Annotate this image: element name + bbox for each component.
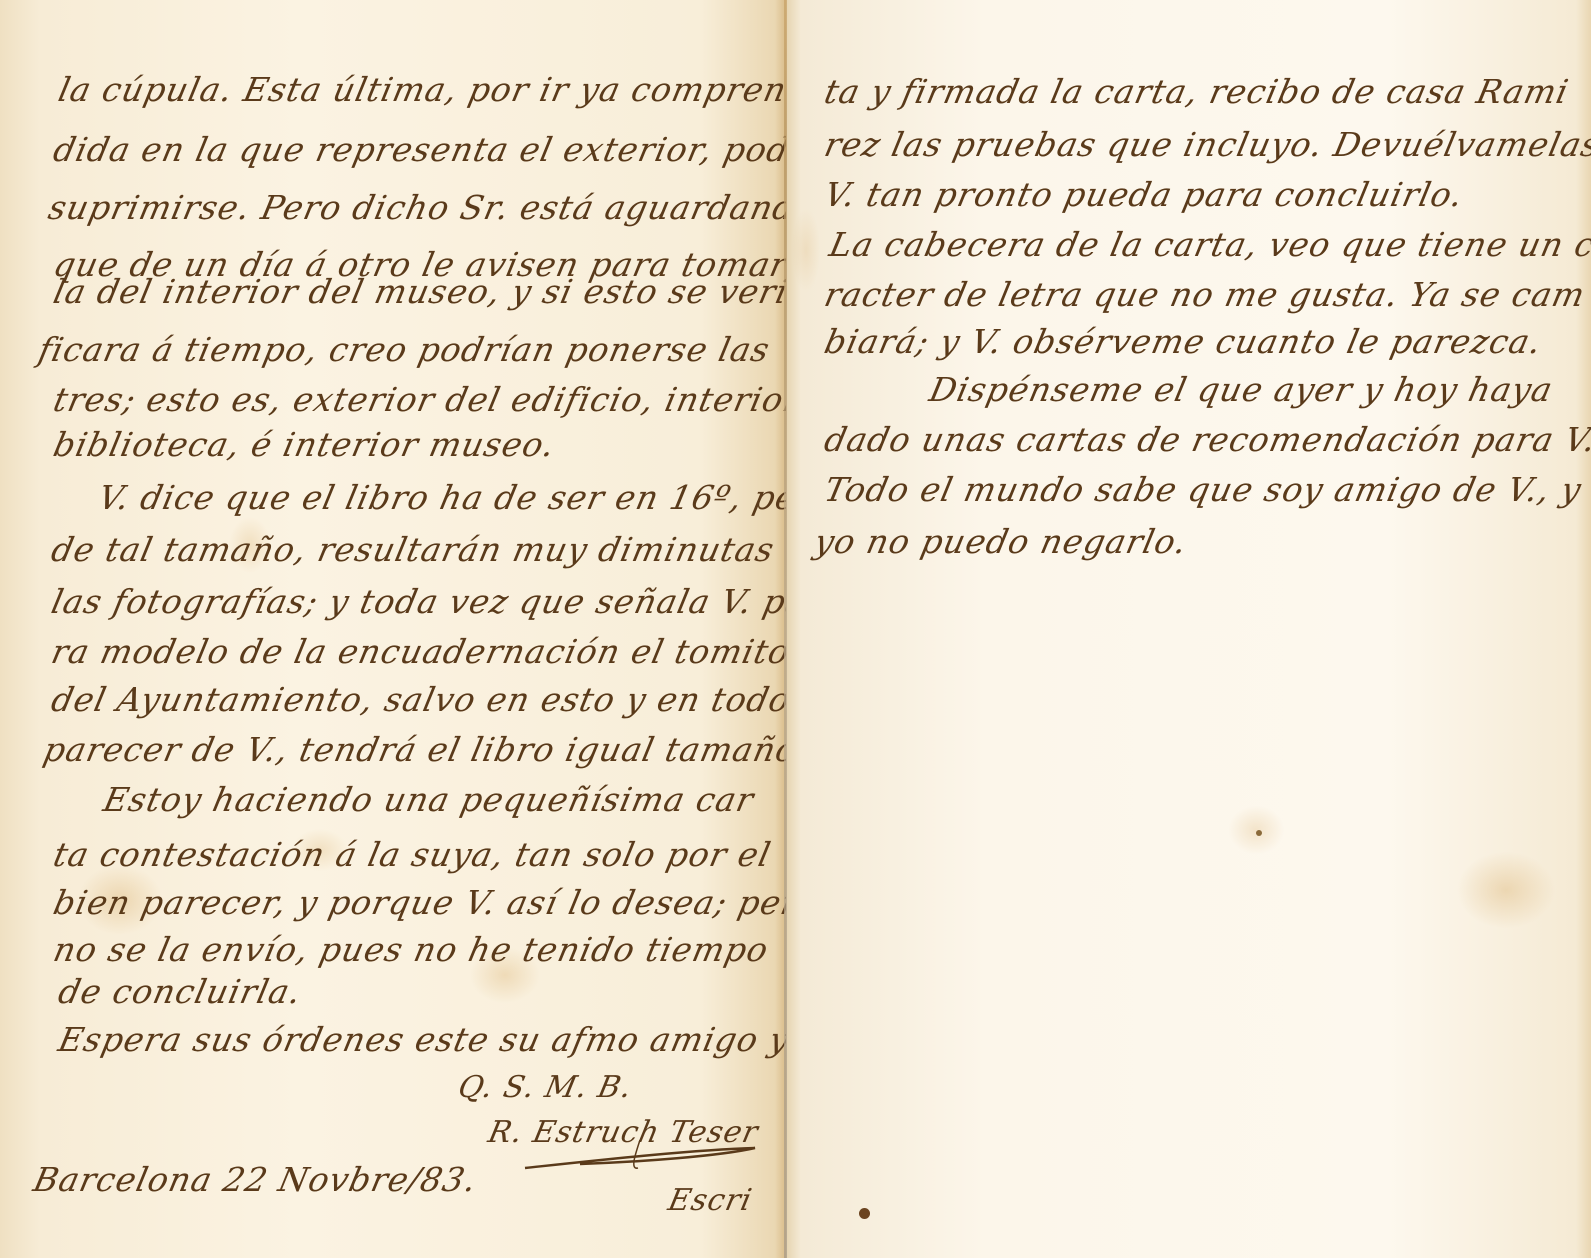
center-fold (784, 0, 787, 1258)
letter-line: bien parecer, y porque V. así lo desea; … (50, 883, 786, 922)
letter-line: V. dice que el libro ha de ser en 16º, p… (95, 478, 786, 517)
signature-suffix: Escri (665, 1183, 755, 1218)
right-page-text: ta y firmada la carta, recibo de casa Ra… (786, 0, 1591, 1258)
signature-flourish-icon (520, 1140, 760, 1180)
ink-spot-icon (859, 1208, 870, 1219)
letter-line: no se la envío, pues no he tenido tiempo (50, 930, 772, 969)
letter-line: suprimirse. Pero dicho Sr. está aguardan… (45, 188, 786, 227)
left-page-text: la cúpula. Esta última, por ir ya compre… (0, 0, 786, 1258)
letter-line: yo no puedo negarlo. (811, 522, 1191, 561)
letter-line: Todo el mundo sabe que soy amigo de V., … (821, 470, 1585, 509)
letter-line: biará; y V. obsérveme cuanto le parezca. (821, 322, 1546, 361)
letter-line: Estoy haciendo una pequeñísima car (100, 780, 758, 819)
letter-line: las fotografías; y toda vez que señala V… (48, 582, 786, 621)
closing-abbreviation: Q. S. M. B. (455, 1070, 636, 1105)
place-and-date: Barcelona 22 Novbre/83. (30, 1160, 481, 1199)
letter-line: dado unas cartas de recomendación para V… (821, 420, 1591, 459)
letter-line: ficara á tiempo, creo podrían ponerse la… (35, 330, 774, 369)
letter-line: la del interior del museo, y si esto se … (50, 272, 786, 311)
right-page: ta y firmada la carta, recibo de casa Ra… (786, 0, 1591, 1258)
letter-line: rez las pruebas que incluyo. Devuélvamel… (821, 125, 1591, 164)
letter-line: ta contestación á la suya, tan solo por … (50, 835, 775, 874)
foxing-spot-icon (1256, 830, 1262, 836)
letter-line: biblioteca, é interior museo. (50, 425, 559, 464)
letter-line: racter de letra que no me gusta. Ya se c… (821, 275, 1589, 314)
letter-line: de tal tamaño, resultarán muy diminutas (48, 530, 778, 569)
letter-line: de concluirla. (55, 972, 305, 1011)
letter-line: V. tan pronto pueda para concluirlo. (821, 175, 1467, 214)
letter-spread: la cúpula. Esta última, por ir ya compre… (0, 0, 1591, 1258)
letter-line: Espera sus órdenes este su afmo amigo y … (55, 1020, 786, 1059)
letter-line: ta y firmada la carta, recibo de casa Ra… (821, 72, 1573, 111)
letter-line: Dispénseme el que ayer y hoy haya (926, 370, 1557, 409)
left-page: la cúpula. Esta última, por ir ya compre… (0, 0, 786, 1258)
letter-line: ra modelo de la encuadernación el tomito (48, 632, 786, 671)
letter-line: La cabecera de la carta, veo que tiene u… (826, 225, 1591, 264)
letter-line: tres; esto es, exterior del edificio, in… (50, 380, 786, 419)
letter-line: dida en la que representa el exterior, p… (50, 130, 786, 169)
letter-line: la cúpula. Esta última, por ir ya compre… (55, 70, 786, 109)
letter-line: parecer de V., tendrá el libro igual tam… (40, 730, 786, 769)
letter-line: del Ayuntamiento, salvo en esto y en tod… (48, 680, 786, 719)
